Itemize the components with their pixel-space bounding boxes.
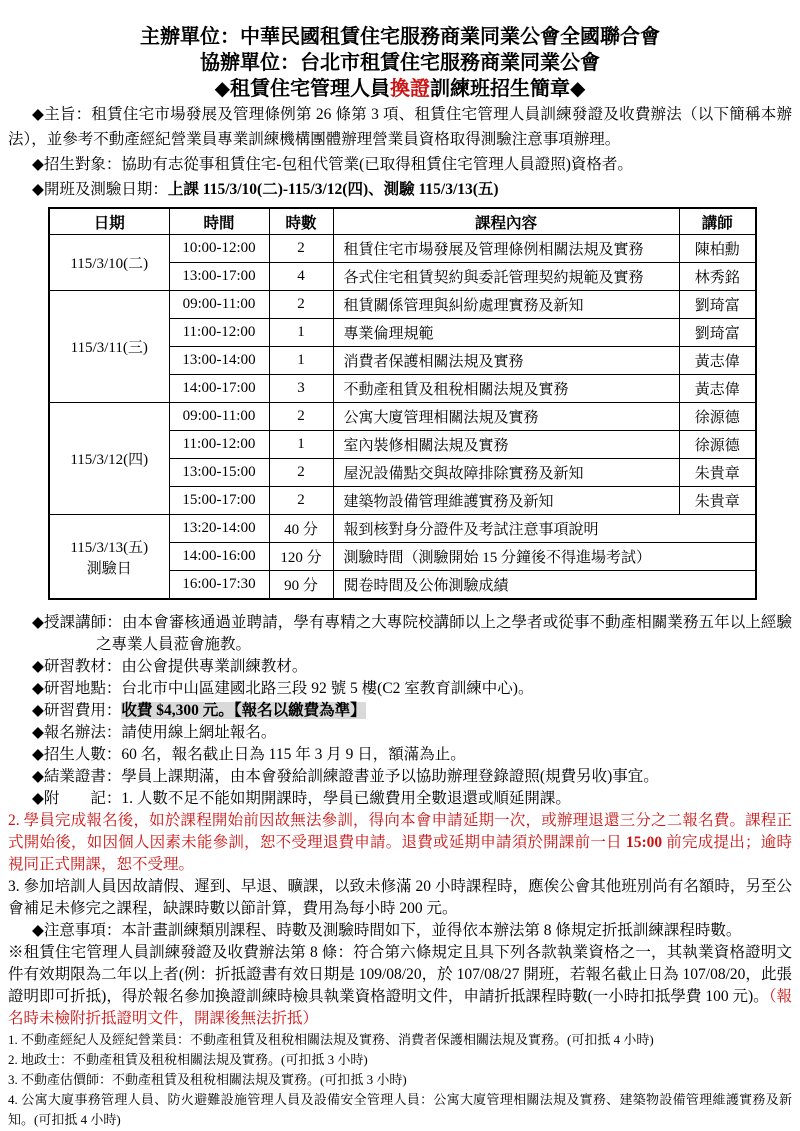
hours-cell: 1 [269,319,333,347]
course-cell: 屋況設備點交與故障排除實務及新知 [333,459,679,487]
material-label: ◆研習教材： [32,658,121,675]
course-cell: 專業倫理規範 [333,319,679,347]
course-cell: 公寓大廈管理相關法規及實務 [333,403,679,431]
remarks-item1: ◆附 記：1. 人數不足不能如期開課時，學員已繳費用全數退還或順延開課。 [8,788,792,810]
co-organizer-line: 協辦單位：台北市租賃住宅服務商業同業公會 [8,50,792,76]
deduction-list: 1. 不動產經紀人及經紀營業員：不動產租賃及租稅相關法規及實務、消費者保護相關法… [8,1030,792,1130]
fee-highlight: 收費 $4,300 元。【報名以繳費為準】 [121,702,365,719]
quota-paragraph: ◆招生人數：60 名，報名截止日為 115 年 3 月 9 日，額滿為止。 [8,744,792,766]
date-cell-exam-day: 115/3/13(五)測驗日 [49,515,169,600]
notice-paragraph: ◆注意事項：本計畫訓練類別課程、時數及測驗時間如下，並得依本辦法第 8 條規定折… [8,920,792,942]
lecturer-cell: 劉琦富 [679,291,756,319]
admission-brochure-page: 主辦單位：中華民國租賃住宅服務商業同業公會全國聯合會 協辦單位：台北市租賃住宅服… [0,0,800,1131]
remarks-item2: 2. 學員完成報名後，如於課程開始前因故無法參訓，得向本會申請延期一次，或辦理退… [8,810,792,876]
hours-cell: 4 [269,263,333,291]
certificate-paragraph: ◆結業證書：學員上課期滿，由本會發給訓練證書並予以協助辦理登錄證照(規費另收)事… [8,766,792,788]
deduction-item: 1. 不動產經紀人及經紀營業員：不動產租賃及租稅相關法規及實務、消費者保護相關法… [8,1030,792,1050]
location-paragraph: ◆研習地點：台北市中山區建國北路三段 92 號 5 樓(C2 室教育訓練中心)。 [8,678,792,700]
audience-text: 協助有志從事租賃住宅-包租代管業(已取得租賃住宅管理人員證照)資格者。 [121,156,633,173]
remarks-label: ◆附 記： [32,790,121,807]
time-cell: 13:00-17:00 [169,263,269,291]
certificate-label: ◆結業證書： [32,768,121,785]
lecturer-label: ◆授課講師： [32,614,122,631]
hours-cell: 2 [269,403,333,431]
title-prefix: ◆租賃住宅管理人員 [215,78,390,100]
lecturer-cell: 陳柏勳 [679,235,756,263]
hours-cell: 1 [269,347,333,375]
lecturer-cell: 朱貴章 [679,487,756,515]
remarks-item2-deadline: 15:00 [626,834,662,851]
schedule-dates: 上課 115/3/10(二)-115/3/12(四)、測驗 115/3/13(五… [168,181,499,198]
course-cell: 租賃住宅市場發展及管理條例相關法規及實務 [333,235,679,263]
course-cell: 建築物設備管理維護實務及新知 [333,487,679,515]
exam-date: 115/3/13(五) [70,540,148,556]
deduction-item: 2. 地政士：不動產租賃及租稅相關法規及實務。(可扣抵 3 小時) [8,1050,792,1070]
purpose-paragraph: ◆主旨：租賃住宅市場發展及管理條例第 26 條第 3 項、租賃住宅管理人員訓練發… [8,102,792,152]
date-cell: 115/3/11(三) [49,291,169,403]
time-cell: 11:00-12:00 [169,319,269,347]
hours-cell: 3 [269,375,333,403]
time-cell: 14:00-17:00 [169,375,269,403]
time-cell: 11:00-12:00 [169,431,269,459]
purpose-text: 租賃住宅市場發展及管理條例第 26 條第 3 項、租賃住宅管理人員訓練發證及收費… [8,106,792,148]
col-header-hours: 時數 [269,208,333,235]
date-cell: 115/3/12(四) [49,403,169,515]
lecturer-cell: 徐源德 [679,431,756,459]
registration-paragraph: ◆報名辦法：請使用線上網址報名。 [8,722,792,744]
details-section: ◆授課講師：由本會審核通過並聘請，學有專精之大專院校講師以上之學者或從事不動產相… [8,612,792,788]
hours-cell: 2 [269,487,333,515]
time-cell: 09:00-11:00 [169,403,269,431]
deduction-item: 4. 公寓大廈事務管理人員、防火避難設施管理人員及設備安全管理人員：公寓大廈管理… [8,1090,792,1130]
hours-cell: 120 分 [269,543,333,571]
fee-note: 【報名以繳費為準】 [234,702,366,719]
audience-paragraph: ◆招生對象：協助有志從事租賃住宅-包租代管業(已取得租賃住宅管理人員證照)資格者… [8,152,792,177]
quota-label: ◆招生人數： [32,746,121,763]
course-cell: 消費者保護相關法規及實務 [333,347,679,375]
table-header-row: 日期 時間 時數 課程內容 講師 [49,208,756,235]
course-cell: 室內裝修相關法規及實務 [333,431,679,459]
schedule-paragraph: ◆開班及測驗日期：上課 115/3/10(二)-115/3/12(四)、測驗 1… [8,177,792,202]
location-text: 台北市中山區建國北路三段 92 號 5 樓(C2 室教育訓練中心)。 [121,680,533,697]
time-cell: 15:00-17:00 [169,487,269,515]
fee-paragraph: ◆研習費用：收費 $4,300 元。【報名以繳費為準】 [8,700,792,722]
hours-cell: 90 分 [269,571,333,600]
rule8-paragraph: ※租賃住宅管理人員訓練發證及收費辦法第 8 條：符合第六條規定且具下列各款執業資… [8,942,792,1030]
table-row: 115/3/10(二) 10:00-12:00 2 租賃住宅市場發展及管理條例相… [49,235,756,263]
lecturer-cell: 黃志偉 [679,375,756,403]
lecturer-cell: 黃志偉 [679,347,756,375]
time-cell: 10:00-12:00 [169,235,269,263]
lecturer-text: 由本會審核通過並聘請，學有專精之大專院校講師以上之學者或從事不動產相關業務五年以… [96,614,792,653]
title-highlight-renewal: 換證 [390,78,430,100]
fee-label: ◆研習費用： [32,702,121,719]
course-cell: 閱卷時間及公佈測驗成績 [333,571,756,600]
col-header-course: 課程內容 [333,208,679,235]
table-row: 115/3/12(四) 09:00-11:00 2 公寓大廈管理相關法規及實務 … [49,403,756,431]
lecturer-cell: 徐源德 [679,403,756,431]
lecturer-cell: 劉琦富 [679,319,756,347]
course-schedule-table: 日期 時間 時數 課程內容 講師 115/3/10(二) 10:00-12:00… [48,207,757,600]
date-cell: 115/3/10(二) [49,235,169,291]
hours-cell: 2 [269,235,333,263]
notice-section: ◆注意事項：本計畫訓練類別課程、時數及測驗時間如下，並得依本辦法第 8 條規定折… [8,920,792,1030]
registration-text: 請使用線上網址報名。 [121,724,276,741]
title-suffix: 訓練班招生簡章◆ [430,78,585,100]
registration-label: ◆報名辦法： [32,724,121,741]
col-header-date: 日期 [49,208,169,235]
lecturer-cell: 朱貴章 [679,459,756,487]
deduction-item: 3. 不動產估價師：不動產租賃及租稅相關法規及實務。(可扣抵 3 小時) [8,1070,792,1090]
quota-text: 60 名，報名截止日為 115 年 3 月 9 日，額滿為止。 [121,746,465,763]
document-title: ◆租賃住宅管理人員換證訓練班招生簡章◆ [8,76,792,102]
certificate-text: 學員上課期滿，由本會發給訓練證書並予以協助辦理登錄證照(規費另收)事宜。 [121,768,658,785]
intro-section: ◆主旨：租賃住宅市場發展及管理條例第 26 條第 3 項、租賃住宅管理人員訓練發… [8,102,792,202]
exam-day-note: 測驗日 [55,557,164,578]
lecturer-cell: 林秀銘 [679,263,756,291]
organizer-line: 主辦單位：中華民國租賃住宅服務商業同業公會全國聯合會 [8,24,792,50]
remarks-item1-text: 1. 人數不足不能如期開課時，學員已繳費用全數退還或順延開課。 [121,790,571,807]
remarks-item3: 3. 參加培訓人員因故請假、遲到、早退、曠課，以致未修滿 20 小時課程時，應俟… [8,876,792,920]
time-cell: 14:00-16:00 [169,543,269,571]
material-paragraph: ◆研習教材：由公會提供專業訓練教材。 [8,656,792,678]
hours-cell: 1 [269,431,333,459]
material-text: 由公會提供專業訓練教材。 [121,658,307,675]
col-header-lecturer: 講師 [679,208,756,235]
notice-text: 本計畫訓練類別課程、時數及測驗時間如下，並得依本辦法第 8 條規定折抵訓練課程時… [121,922,741,939]
fee-amount: 收費 $4,300 元。 [121,702,233,719]
notice-label: ◆注意事項： [32,922,121,939]
time-cell: 16:00-17:30 [169,571,269,600]
course-cell: 各式住宅租賃契約與委託管理契約規範及實務 [333,263,679,291]
hours-cell: 2 [269,291,333,319]
remarks-section: ◆附 記：1. 人數不足不能如期開課時，學員已繳費用全數退還或順延開課。 2. … [8,788,792,920]
hours-cell: 2 [269,459,333,487]
schedule-label: ◆開班及測驗日期： [32,181,168,198]
course-cell: 報到核對身分證件及考試注意事項說明 [333,515,756,543]
hours-cell: 40 分 [269,515,333,543]
audience-label: ◆招生對象： [32,156,121,173]
time-cell: 13:00-14:00 [169,347,269,375]
remarks-item3-text: 3. 參加培訓人員因故請假、遲到、早退、曠課，以致未修滿 20 小時課程時，應俟… [8,878,792,917]
course-cell: 不動產租賃及租稅相關法規及實務 [333,375,679,403]
purpose-label: ◆主旨： [32,106,91,123]
course-cell: 測驗時間（測驗開始 15 分鐘後不得進場考試） [333,543,756,571]
location-label: ◆研習地點： [32,680,121,697]
table-row: 115/3/11(三) 09:00-11:00 2 租賃關係管理與糾紛處理實務及… [49,291,756,319]
col-header-time: 時間 [169,208,269,235]
time-cell: 13:20-14:00 [169,515,269,543]
time-cell: 09:00-11:00 [169,291,269,319]
lecturer-paragraph: ◆授課講師：由本會審核通過並聘請，學有專精之大專院校講師以上之學者或從事不動產相… [8,612,792,656]
table-row: 115/3/13(五)測驗日 13:20-14:00 40 分 報到核對身分證件… [49,515,756,543]
time-cell: 13:00-15:00 [169,459,269,487]
rule8-text: ※租賃住宅管理人員訓練發證及收費辦法第 8 條：符合第六條規定且具下列各款執業資… [8,944,792,1005]
course-cell: 租賃關係管理與糾紛處理實務及新知 [333,291,679,319]
